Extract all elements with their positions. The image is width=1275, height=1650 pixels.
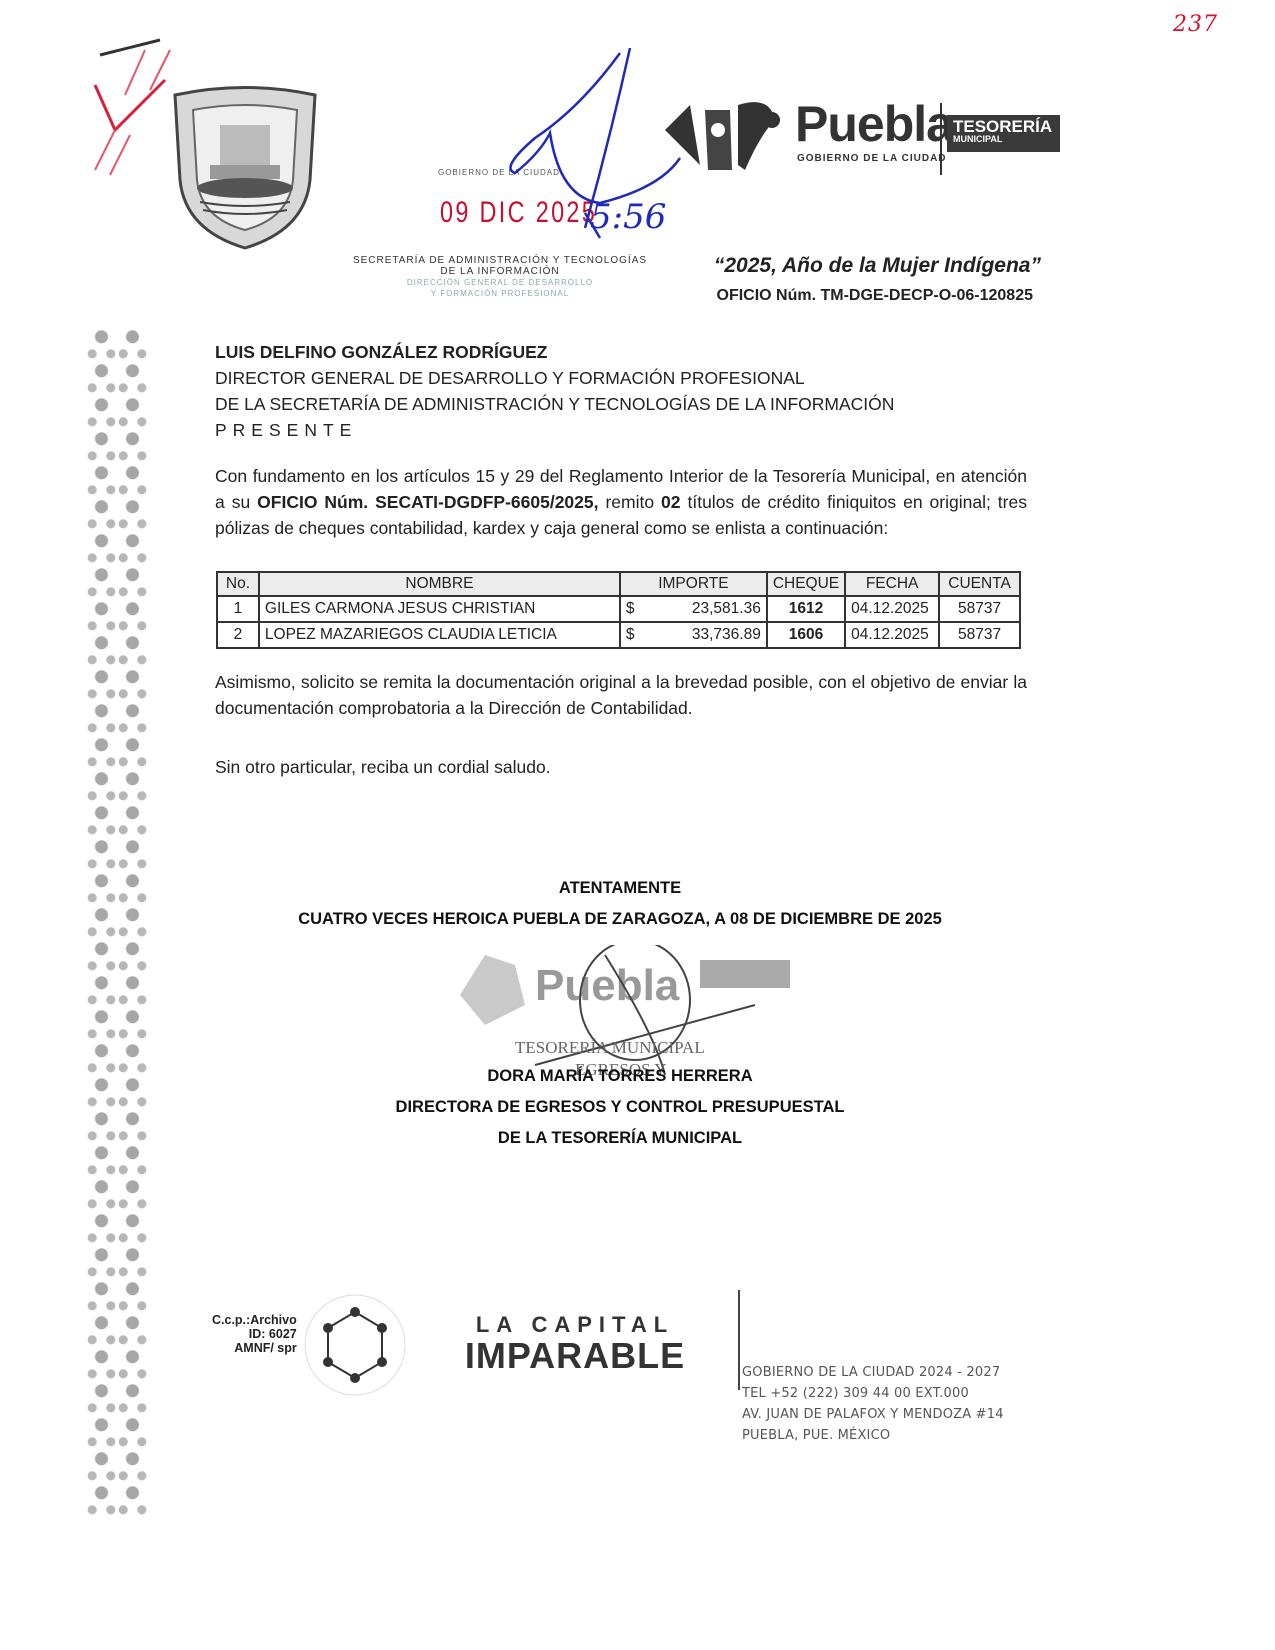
treasury-seal-stamp: Puebla TESORERÍA MUNICIPAL EGRESOS Y	[455, 945, 795, 1085]
signer-name: DORA MARÍA TORRES HERRERA	[0, 1067, 1240, 1086]
cell-cheque: 1606	[767, 622, 845, 648]
addressee-name: LUIS DELFINO GONZÁLEZ RODRÍGUEZ	[215, 339, 1027, 365]
addressee-title-line2: DE LA SECRETARÍA DE ADMINISTRACIÓN Y TEC…	[215, 391, 1027, 417]
contact-city: PUEBLA, PUE. MÉXICO	[742, 1425, 1004, 1446]
place-date: CUATRO VECES HEROICA PUEBLA DE ZARAGOZA,…	[0, 910, 1240, 929]
salutation: ATENTAMENTE	[0, 879, 1240, 898]
column-header-importe: IMPORTE	[620, 572, 767, 596]
page-number-annotation: 237	[1173, 12, 1218, 37]
handwritten-signature: 5:56	[330, 48, 690, 258]
contact-line: GOBIERNO DE LA CIUDAD 2024 - 2027	[742, 1362, 1004, 1383]
amount: 33,736.89	[692, 626, 761, 644]
city-crest-icon	[165, 80, 325, 250]
logo-subtitle: GOBIERNO DE LA CIUDAD	[797, 153, 947, 164]
paragraph-closing: Sin otro particular, reciba un cordial s…	[215, 754, 1027, 780]
paragraph-request: Asimismo, solicito se remita la document…	[215, 669, 1027, 721]
stamp-line: Y FORMACIÓN PROFESIONAL	[330, 288, 670, 299]
year-motto: “2025, Año de la Mujer Indígena”	[714, 254, 1041, 278]
cell-nombre: GILES CARMONA JESUS CHRISTIAN	[259, 596, 620, 622]
contact-address: AV. JUAN DE PALAFOX Y MENDOZA #14	[742, 1404, 1004, 1425]
ccp-initials: AMNF/ spr	[212, 1341, 297, 1355]
logo-divider	[940, 103, 942, 175]
cell-cuenta: 58737	[939, 596, 1020, 622]
column-header-no: No.	[217, 572, 259, 596]
carbon-copy-block: C.c.p.:Archivo ID: 6027 AMNF/ spr	[212, 1313, 297, 1355]
signer-title-line1: DIRECTORA DE EGRESOS Y CONTROL PRESUPUES…	[0, 1098, 1240, 1117]
cell-importe: $33,736.89	[620, 622, 767, 648]
oficio-number: OFICIO Núm. TM-DGE-DECP-O-06-120825	[717, 287, 1034, 305]
treasury-badge: TESORERÍA MUNICIPAL	[947, 115, 1060, 152]
currency-symbol: $	[626, 626, 635, 644]
presente-label: PRESENTE	[215, 417, 1027, 443]
table-row: 1 GILES CARMONA JESUS CHRISTIAN $23,581.…	[217, 596, 1020, 622]
checks-table: No. NOMBRE IMPORTE CHEQUE FECHA CUENTA 1…	[216, 571, 1021, 649]
handwritten-time: 5:56	[590, 197, 666, 237]
slogan-logo: LA CAPITAL IMPARABLE	[440, 1312, 710, 1374]
reference-oficio: OFICIO Núm. SECATI-DGDFP-6605/2025,	[257, 492, 598, 512]
table-header-row: No. NOMBRE IMPORTE CHEQUE FECHA CUENTA	[217, 572, 1020, 596]
contact-info: GOBIERNO DE LA CIUDAD 2024 - 2027 TEL +5…	[742, 1362, 1004, 1446]
column-header-fecha: FECHA	[845, 572, 939, 596]
document-count: 02	[661, 492, 680, 512]
equality-certification-seal-icon	[300, 1290, 410, 1400]
svg-text:Puebla: Puebla	[535, 961, 680, 1010]
currency-symbol: $	[626, 600, 635, 618]
addressee-title-line1: DIRECTOR GENERAL DE DESARROLLO Y FORMACI…	[215, 365, 1027, 391]
seal-text: TESORERÍA MUNICIPAL	[515, 1038, 705, 1057]
column-header-nombre: NOMBRE	[259, 572, 620, 596]
treasury-subtitle: MUNICIPAL	[953, 135, 1052, 144]
ccp-line: C.c.p.:Archivo	[212, 1313, 297, 1327]
contact-phone: TEL +52 (222) 309 44 00 EXT.000	[742, 1383, 1004, 1404]
cell-fecha: 04.12.2025	[845, 596, 939, 622]
slogan-line2: IMPARABLE	[440, 1338, 710, 1374]
cell-no: 2	[217, 622, 259, 648]
amount: 23,581.36	[692, 600, 761, 618]
cell-importe: $23,581.36	[620, 596, 767, 622]
footer-divider	[738, 1290, 740, 1390]
paragraph-text: remito	[598, 492, 661, 512]
column-header-cuenta: CUENTA	[939, 572, 1020, 596]
secretariat-stamp: SECRETARÍA DE ADMINISTRACIÓN Y TECNOLOGÍ…	[330, 255, 670, 299]
puebla-treasury-logo: Puebla GOBIERNO DE LA CIUDAD TESORERÍA M…	[675, 95, 1075, 175]
cell-fecha: 04.12.2025	[845, 622, 939, 648]
cell-no: 1	[217, 596, 259, 622]
table-row: 2 LOPEZ MAZARIEGOS CLAUDIA LETICIA $33,7…	[217, 622, 1020, 648]
cell-cuenta: 58737	[939, 622, 1020, 648]
stamp-line: DIRECCIÓN GENERAL DE DESARROLLO	[330, 277, 670, 288]
cell-nombre: LOPEZ MAZARIEGOS CLAUDIA LETICIA	[259, 622, 620, 648]
addressee-block: LUIS DELFINO GONZÁLEZ RODRÍGUEZ DIRECTOR…	[215, 339, 1027, 443]
paragraph-intro: Con fundamento en los artículos 15 y 29 …	[215, 463, 1027, 541]
stamp-line: DE LA INFORMACIÓN	[330, 266, 670, 277]
cell-cheque: 1612	[767, 596, 845, 622]
column-header-cheque: CHEQUE	[767, 572, 845, 596]
logo-word: Puebla	[795, 95, 953, 153]
ccp-id: ID: 6027	[212, 1327, 297, 1341]
city-emblem-icon	[660, 95, 790, 175]
signer-title-line2: DE LA TESORERÍA MUNICIPAL	[0, 1129, 1240, 1148]
